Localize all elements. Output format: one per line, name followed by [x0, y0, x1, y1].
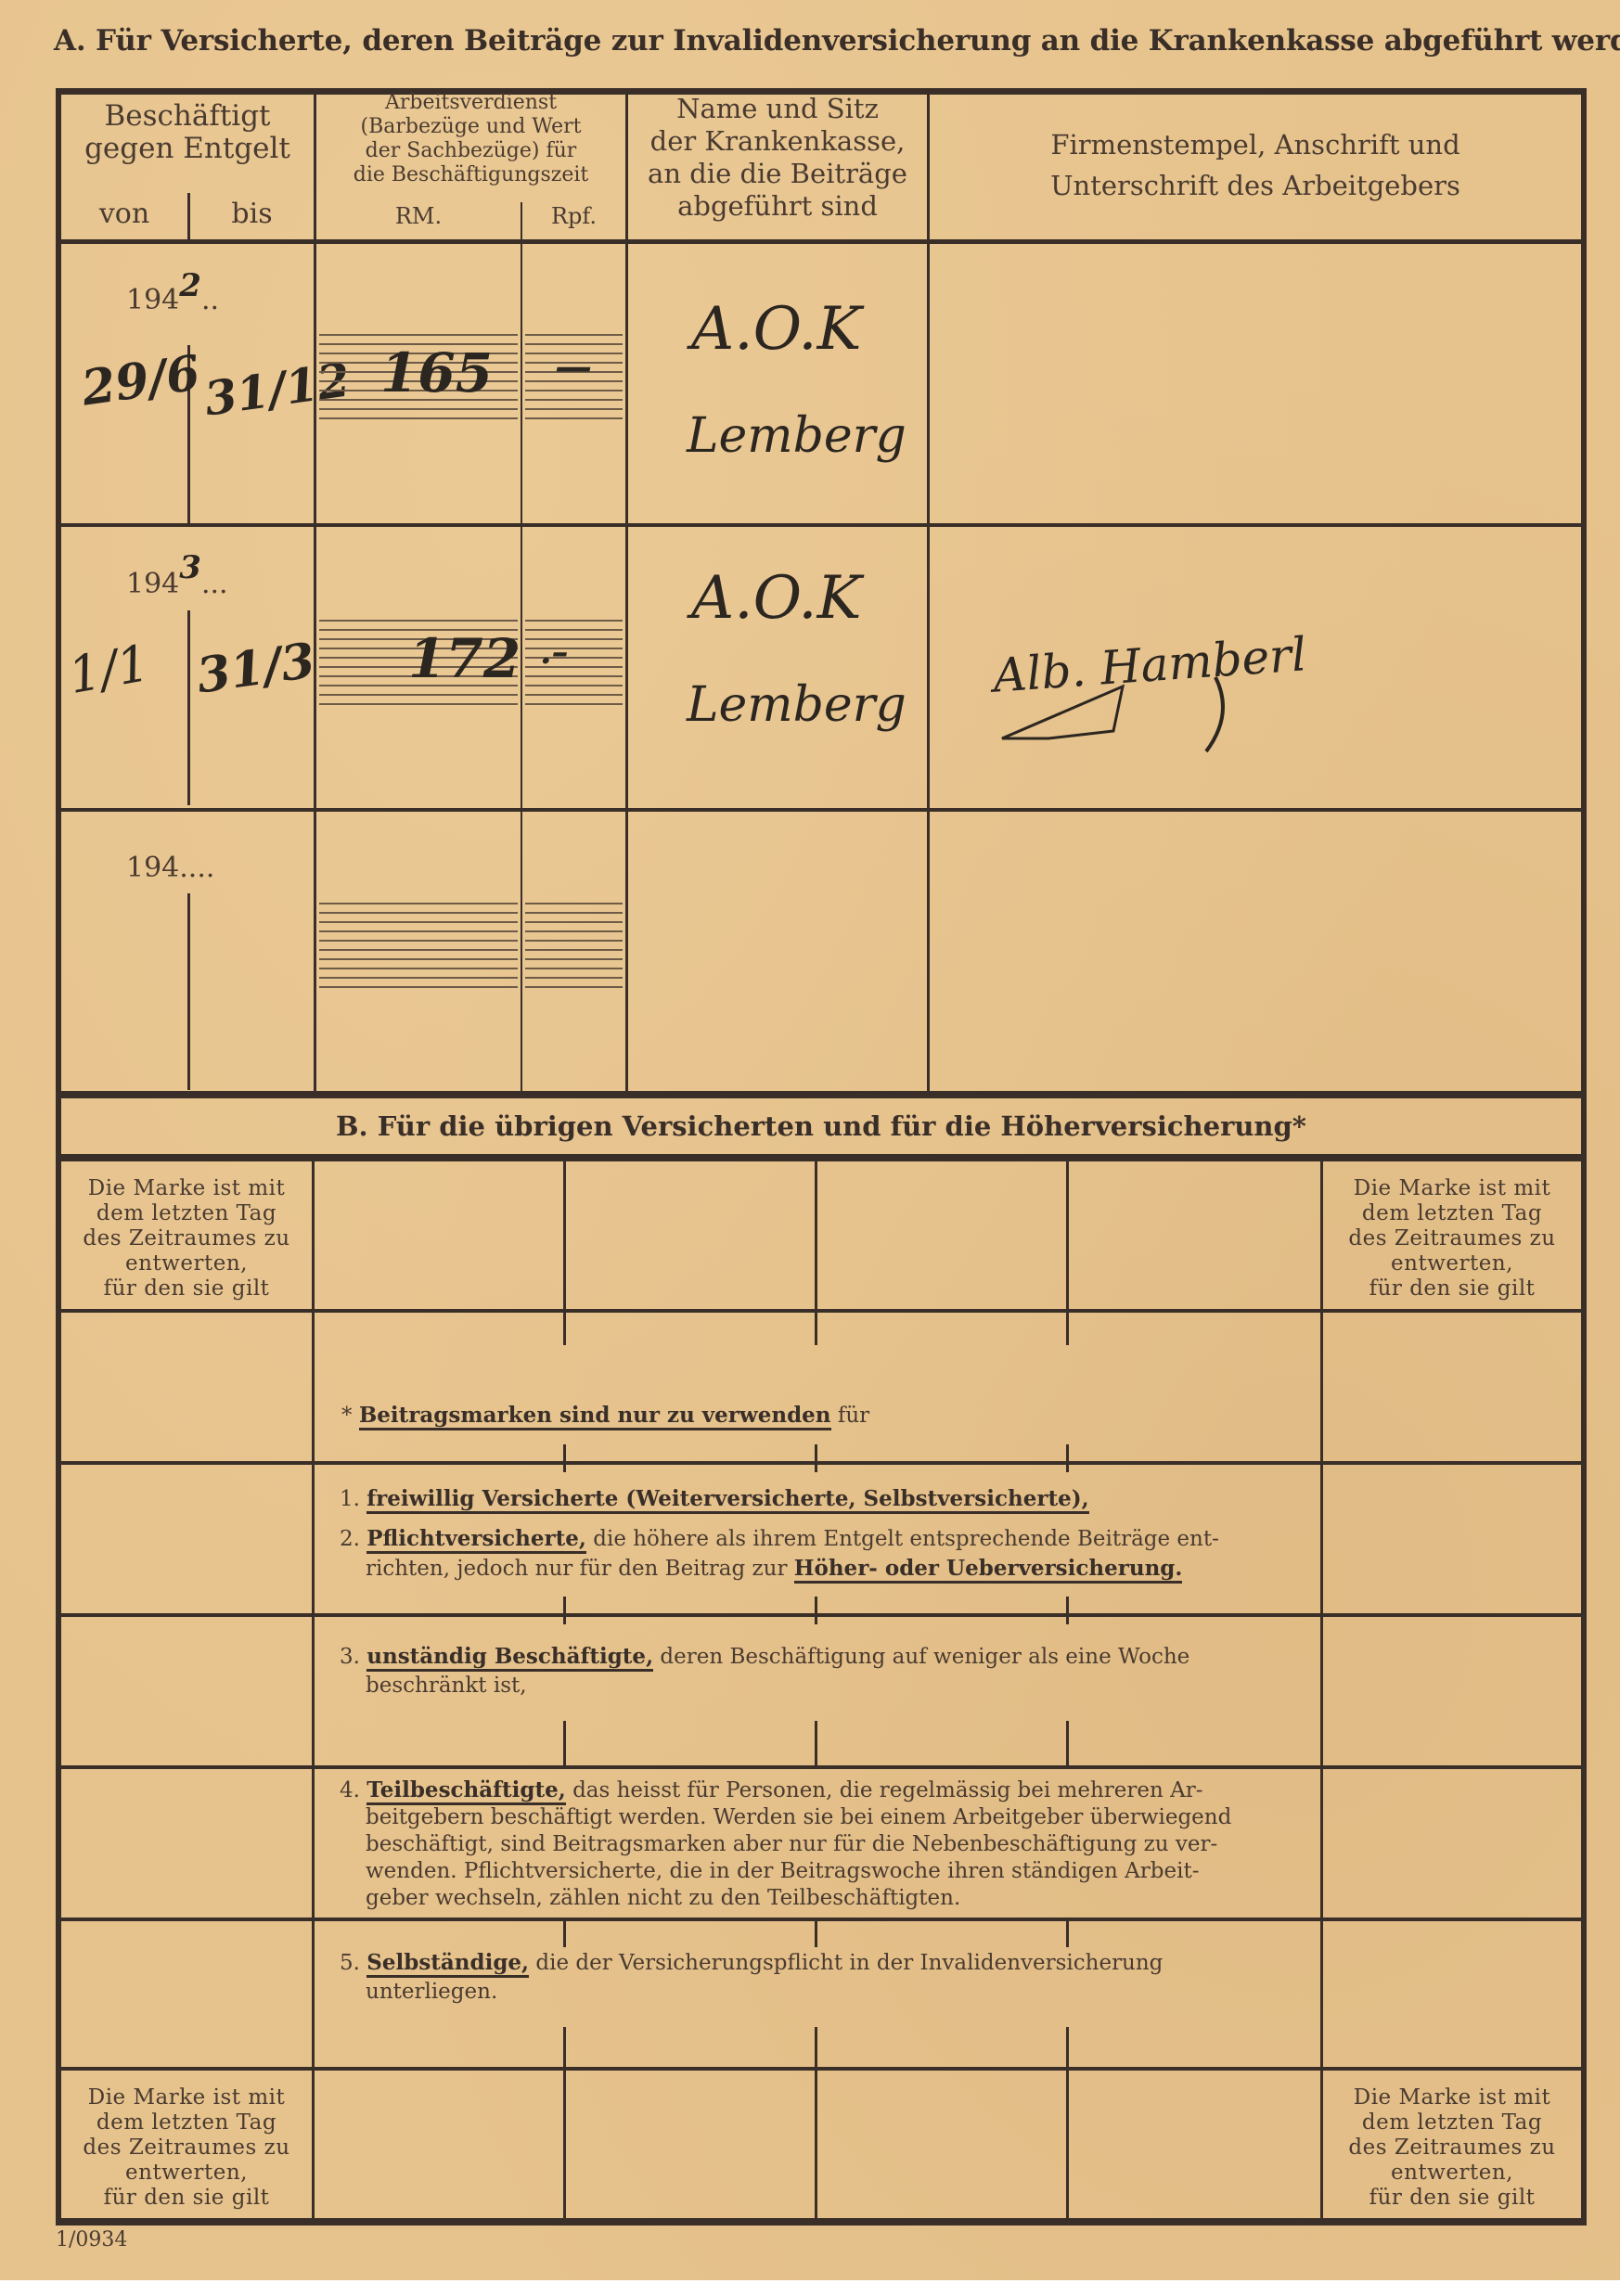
- col-line-employer: [927, 88, 930, 1092]
- stamp-note-line: Die Marke ist mit: [1323, 2085, 1581, 2110]
- stamp-note-line: entwerten,: [61, 2161, 312, 2186]
- header-employed-line2: gegen Entgelt: [61, 133, 314, 165]
- row2-from[interactable]: 1/1: [64, 634, 154, 705]
- row2-year-digit[interactable]: 3: [179, 549, 201, 586]
- tick: [1066, 1721, 1069, 1769]
- stamp-note-line: für den sie gilt: [1323, 2186, 1581, 2211]
- stamp-field[interactable]: [1069, 2071, 1320, 2218]
- row1-year: 1942..: [126, 280, 219, 317]
- item-number: 2.: [340, 1527, 360, 1551]
- item-number: 4.: [340, 1778, 360, 1802]
- row3-rpf-ledger: [525, 895, 623, 992]
- stamp-note-line: des Zeitraumes zu: [1323, 2136, 1581, 2161]
- header-employed: Beschäftigt gegen Entgelt: [61, 100, 314, 164]
- row1-rpf[interactable]: —: [555, 345, 592, 389]
- footnote-item-4: 4. Teilbeschäftigte, das heisst für Pers…: [340, 1777, 1305, 1912]
- item-2-text: richten, jedoch nur für den Beitrag zur: [366, 1557, 787, 1581]
- item-2-text: die höhere als ihrem Entgelt entsprechen…: [593, 1527, 1219, 1551]
- header-to: bis: [190, 199, 314, 230]
- row2-fund-name[interactable]: A.O.K: [691, 564, 861, 633]
- footnote-intro-rest: für: [838, 1404, 869, 1428]
- tick: [563, 1721, 566, 1769]
- stamp-note-line: des Zeitraumes zu: [61, 1226, 312, 1251]
- item-4-text: beschäftigt, sind Beitragsmarken aber nu…: [340, 1831, 1305, 1858]
- col-line-rpf: [521, 202, 522, 1092]
- footnote-item-2: 2. Pflichtversicherte, die höhere als ih…: [340, 1524, 1295, 1584]
- item-4-text: wenden. Pflichtversicherte, die in der B…: [340, 1858, 1305, 1885]
- header-earnings-line1: Arbeitsverdienst: [316, 91, 625, 115]
- header-health-fund: Name und Sitz der Krankenkasse, an die d…: [628, 93, 927, 223]
- stamp-field[interactable]: [315, 2071, 563, 2218]
- table-a-row-line-1: [56, 523, 1587, 527]
- item-number: 3.: [340, 1645, 360, 1669]
- stamp-note-line: entwerten,: [1323, 2161, 1581, 2186]
- b-row-line-3: [56, 1613, 1587, 1617]
- item-5-text: unterliegen.: [340, 1978, 1295, 2007]
- header-earnings: Arbeitsverdienst (Barbezüge und Wert der…: [316, 91, 625, 187]
- stamp-note-bottom-right: Die Marke ist mit dem letzten Tag des Ze…: [1323, 2085, 1581, 2211]
- item-5-underlined: Selbständige,: [366, 1950, 529, 1978]
- b-col-line-5: [1320, 1160, 1323, 2223]
- form-page: A. Für Versicherte, deren Beiträge zur I…: [0, 0, 1620, 2280]
- row2-rpf[interactable]: .–: [540, 633, 569, 672]
- item-1-underlined: freiwillig Versicherte (Weiterversichert…: [366, 1486, 1088, 1514]
- header-earnings-line2: (Barbezüge und Wert: [316, 115, 625, 139]
- row2-year-suffix: ...: [201, 568, 228, 600]
- stamp-note-line: des Zeitraumes zu: [1323, 1226, 1581, 1251]
- item-2-underlined-end: Höher- oder Ueberversicherung.: [794, 1556, 1183, 1584]
- section-b-header-bottom: [56, 1154, 1587, 1161]
- header-fund-line2: der Krankenkasse,: [628, 125, 927, 158]
- header-fund-line3: an die die Beiträge: [628, 158, 927, 190]
- table-a-row-line-2: [56, 808, 1587, 812]
- tick: [815, 1919, 817, 1947]
- header-from: von: [61, 199, 187, 230]
- stamp-field[interactable]: [817, 2071, 1066, 2218]
- item-3-text: beschränkt ist,: [340, 1672, 1295, 1700]
- header-employer: Firmenstempel, Anschrift und Unterschrif…: [930, 124, 1581, 206]
- row2-year: 1943...: [126, 564, 228, 601]
- stamp-note-line: für den sie gilt: [1323, 1276, 1581, 1302]
- header-earnings-line3: der Sachbezüge) für: [316, 139, 625, 163]
- header-employed-line1: Beschäftigt: [61, 100, 314, 133]
- stamp-field[interactable]: [566, 2071, 815, 2218]
- stamp-note-line: Die Marke ist mit: [61, 1176, 312, 1201]
- col-line-earnings: [314, 88, 316, 1092]
- col-line-von-bis-row3: [187, 893, 190, 1090]
- tick: [815, 1721, 817, 1769]
- stamp-field[interactable]: [566, 1161, 815, 1309]
- header-earnings-line4: die Beschäftigungszeit: [316, 163, 625, 187]
- col-line-von-bis-row2: [187, 610, 190, 805]
- tick: [1066, 1597, 1069, 1624]
- tick: [815, 1597, 817, 1624]
- stamp-note-line: Die Marke ist mit: [1323, 1176, 1581, 1201]
- form-number: 1/0934: [56, 2228, 127, 2251]
- stamp-note-top-left: Die Marke ist mit dem letzten Tag des Ze…: [61, 1176, 312, 1302]
- b-row-line-4: [56, 1765, 1587, 1769]
- tick: [1066, 1919, 1069, 1947]
- row2-year-prefix: 194: [126, 568, 179, 600]
- item-5-text: die der Versicherungspflicht in der Inva…: [535, 1951, 1163, 1975]
- item-2-underlined: Pflichtversicherte,: [366, 1526, 586, 1554]
- item-number: 1.: [340, 1487, 360, 1511]
- stamp-note-line: dem letzten Tag: [61, 1201, 312, 1226]
- section-b-title: B. Für die übrigen Versicherten und für …: [61, 1110, 1581, 1142]
- table-a-header-bottom: [56, 239, 1587, 244]
- row3-year-suffix: ....: [179, 852, 214, 884]
- row1-year-digit[interactable]: 2: [179, 267, 201, 304]
- header-fund-line1: Name und Sitz: [628, 93, 927, 125]
- item-3-underlined: unständig Beschäftigte,: [366, 1644, 653, 1672]
- row1-year-prefix: 194: [126, 284, 179, 316]
- item-number: 5.: [340, 1951, 360, 1975]
- row2-rm[interactable]: 172: [408, 627, 521, 690]
- row1-fund-city[interactable]: Lemberg: [687, 408, 906, 464]
- stamp-note-line: für den sie gilt: [61, 2186, 312, 2211]
- item-4-text: geber wechseln, zählen nicht zu den Teil…: [340, 1885, 1305, 1912]
- footnote-item-5: 5. Selbständige, die der Versicherungspf…: [340, 1948, 1295, 2007]
- tick: [563, 1919, 566, 1947]
- header-rm: RM.: [316, 204, 521, 229]
- item-3-text: deren Beschäftigung auf weniger als eine…: [660, 1645, 1189, 1669]
- row3-rm-ledger: [319, 895, 518, 992]
- stamp-note-bottom-left: Die Marke ist mit dem letzten Tag des Ze…: [61, 2085, 312, 2211]
- section-a-title: A. Für Versicherte, deren Beiträge zur I…: [54, 24, 1620, 58]
- stamp-note-top-right: Die Marke ist mit dem letzten Tag des Ze…: [1323, 1176, 1581, 1302]
- footnote-item-1: 1. freiwillig Versicherte (Weiterversich…: [340, 1484, 1089, 1514]
- stamp-note-line: entwerten,: [1323, 1251, 1581, 1276]
- row2-fund-city[interactable]: Lemberg: [687, 677, 906, 733]
- footnote-intro: * Beitragsmarken sind nur zu verwenden f…: [341, 1401, 869, 1430]
- section-a-bottom-border: [56, 1091, 1587, 1098]
- b-row-line-5: [56, 1918, 1587, 1921]
- stamp-note-line: dem letzten Tag: [61, 2110, 312, 2136]
- table-bottom-border: [56, 2218, 1587, 2225]
- b-col-line-1: [312, 1160, 315, 2223]
- header-rpf: Rpf.: [522, 204, 625, 229]
- stamp-field[interactable]: [1069, 1161, 1320, 1309]
- header-employer-line1: Firmenstempel, Anschrift und: [930, 124, 1581, 165]
- col-line-fund: [625, 88, 628, 1092]
- tick: [815, 1444, 817, 1472]
- row3-year-prefix: 194: [126, 852, 179, 884]
- item-4-text: beitgebern beschäftigt werden. Werden si…: [340, 1804, 1305, 1831]
- header-employer-line2: Unterschrift des Arbeitgebers: [930, 165, 1581, 206]
- signature-flourish-icon: [984, 649, 1243, 761]
- footnote-intro-underlined: Beitragsmarken sind nur zu verwenden: [359, 1403, 831, 1430]
- stamp-note-line: für den sie gilt: [61, 1276, 312, 1302]
- row2-to[interactable]: 31/3: [193, 632, 318, 704]
- stamp-note-line: entwerten,: [61, 1251, 312, 1276]
- row1-rm[interactable]: 165: [380, 341, 493, 404]
- footnote-item-3: 3. unständig Beschäftigte, deren Beschäf…: [340, 1642, 1295, 1700]
- row1-from[interactable]: 29/6: [78, 344, 203, 417]
- row1-year-suffix: ..: [201, 284, 219, 316]
- stamp-note-line: Die Marke ist mit: [61, 2085, 312, 2110]
- header-fund-line4: abgeführt sind: [628, 190, 927, 223]
- stamp-note-line: dem letzten Tag: [1323, 2110, 1581, 2136]
- item-4-underlined: Teilbeschäftigte,: [366, 1777, 565, 1805]
- tick: [563, 1597, 566, 1624]
- stamp-note-line: dem letzten Tag: [1323, 1201, 1581, 1226]
- stamp-field[interactable]: [817, 1161, 1066, 1309]
- stamp-field[interactable]: [315, 1161, 563, 1309]
- tick: [1066, 1444, 1069, 1472]
- b-row-line-2: [56, 1461, 1587, 1465]
- item-4-text: das heisst für Personen, die regelmässig…: [572, 1778, 1202, 1802]
- row1-fund-name[interactable]: A.O.K: [691, 295, 861, 364]
- tick: [563, 1444, 566, 1472]
- b-row-line-1: [56, 1309, 1587, 1313]
- asterisk-icon: *: [341, 1404, 353, 1428]
- stamp-note-line: des Zeitraumes zu: [61, 2136, 312, 2161]
- row3-year: 194....: [126, 852, 214, 884]
